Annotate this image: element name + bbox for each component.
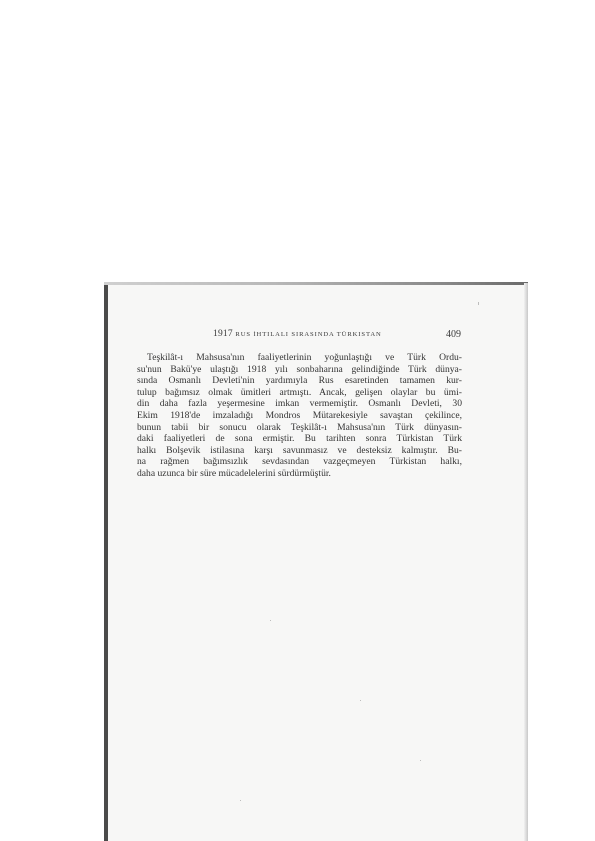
- paragraph-line: na rağmen bağımsızlık sevdasından vazgeç…: [137, 456, 462, 468]
- scan-top-border: [104, 282, 528, 285]
- paragraph-line: halkı Bolşevik istilasına karşı savunmas…: [137, 445, 462, 457]
- paragraph-line: daki faaliyetleri de sona ermiştir. Bu t…: [137, 433, 462, 445]
- running-head: 1917 Rus İhtilali Sırasında Türkistan: [213, 329, 477, 339]
- paragraph-line: Teşkilât-ı Mahsusa'nın faaliyetlerinin y…: [137, 352, 462, 364]
- paragraph-line: daha uzunca bir süre mücadelelerini sürd…: [137, 468, 462, 480]
- page-number: 409: [446, 329, 461, 340]
- scan-speck: [420, 760, 421, 761]
- paragraph-line: Ekim 1918'de imzaladığı Mondros Mütareke…: [137, 410, 462, 422]
- running-head-year: 1917: [213, 329, 233, 339]
- scan-speck: [478, 302, 479, 305]
- page-canvas: 1917 Rus İhtilali Sırasında Türkistan 40…: [0, 0, 595, 841]
- paragraph-line: su'nun Bakü'ye ulaştığı 1918 yılı sonbah…: [137, 364, 462, 376]
- scan-speck: [360, 700, 361, 701]
- scan-right-border: [524, 283, 528, 841]
- scan-speck: [270, 620, 271, 621]
- paragraph-line: din daha fazla yeşermesine imkan vermemi…: [137, 398, 462, 410]
- scan-speck: [240, 800, 241, 801]
- paragraph-line: sında Osmanlı Devleti'nin yardımıyla Rus…: [137, 375, 462, 387]
- paragraph-line: bunun tabii bir sonucu olarak Teşkilât-ı…: [137, 422, 462, 434]
- body-paragraph: Teşkilât-ı Mahsusa'nın faaliyetlerinin y…: [137, 352, 462, 480]
- paragraph-line: tulup bağımsız olmak ümitleri artmıştı. …: [137, 387, 462, 399]
- running-head-title: Rus İhtilali Sırasında Türkistan: [235, 331, 381, 338]
